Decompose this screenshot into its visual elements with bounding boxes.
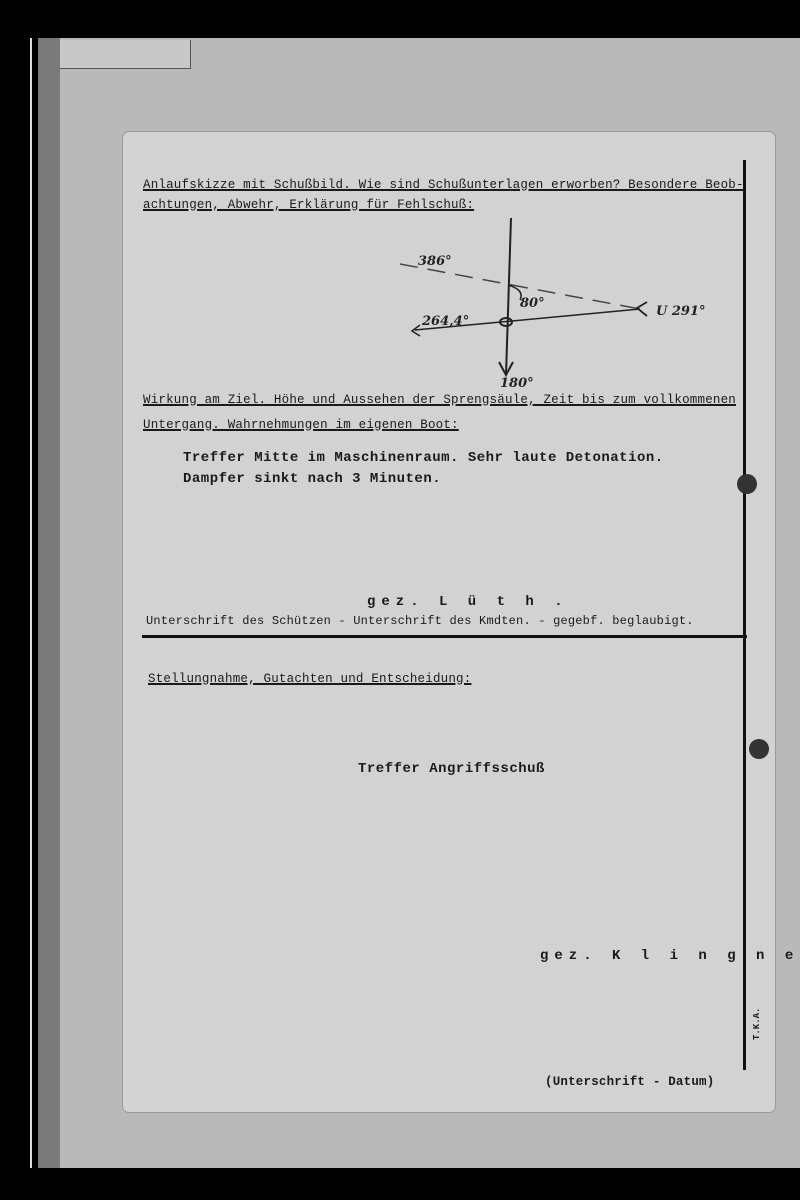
- shooter-signature: gez. L ü t h .: [367, 594, 569, 610]
- sketch-label-ship-course: 386°: [418, 254, 452, 269]
- section2-body-line1: Treffer Mitte im Maschinenraum. Sehr lau…: [183, 450, 664, 466]
- commander-signature: gez. K l i n g n e r .: [540, 948, 800, 964]
- side-code: T.K.A.: [752, 1008, 762, 1040]
- section-divider: [142, 635, 747, 638]
- section3-heading: Stellungnahme, Gutachten und Entscheidun…: [148, 672, 471, 686]
- sketch-label-torpedo-course: 264,4°: [422, 314, 469, 329]
- signature1-caption: Unterschrift des Schützen - Unterschrift…: [146, 614, 694, 628]
- sketch-label-angle: 80°: [520, 296, 545, 311]
- section2-body-line2: Dampfer sinkt nach 3 Minuten.: [183, 471, 441, 487]
- section2-heading-line2: Untergang. Wahrnehmungen im eigenen Boot…: [143, 418, 459, 432]
- section2-heading-line1: Wirkung am Ziel. Höhe und Aussehen der S…: [143, 393, 736, 407]
- signature2-caption: (Unterschrift - Datum): [545, 1075, 714, 1089]
- sketch-label-south: 180°: [500, 376, 534, 391]
- sketch-label-uboat: U 291°: [656, 304, 706, 319]
- decision-text: Treffer Angriffsschuß: [358, 761, 545, 777]
